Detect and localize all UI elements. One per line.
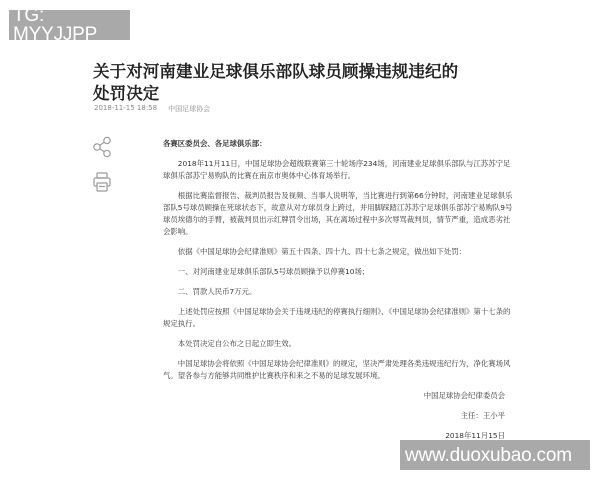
paragraph: 二、罚款人民币7万元。 — [163, 286, 515, 298]
paragraph: 本处罚决定自公布之日起立即生效。 — [163, 338, 515, 350]
paragraph: 依据《中国足球协会纪律准则》第五十四条、四十九、四十七条之规定，做出如下处罚： — [163, 246, 515, 258]
paragraph: 2018年11月11日，中国足球协会超级联赛第三十轮场序234场，河南建业足球俱… — [163, 158, 515, 182]
watermark-bottom-text: www.duoxubao.com — [405, 446, 572, 465]
watermark-bottom: www.duoxubao.com — [400, 440, 590, 470]
paragraph: 上述处罚应按照《中国足球协会关于违规违纪的停赛执行细则》、《中国足球协会纪律准则… — [163, 306, 515, 330]
article-title: 关于对河南建业足球俱乐部队球员顾操违规违纪的处罚决定 — [93, 61, 463, 105]
signature-organization: 中国足球协会纪律委员会 — [163, 390, 515, 402]
paragraph: 一、对河南建业足球俱乐部队5号球员顾操予以停赛10场； — [163, 266, 515, 278]
print-icon[interactable] — [92, 171, 112, 193]
paragraph: 中国足球协会将依照《中国足球协会纪律准则》的规定，坚决严肃处理各类违规违纪行为，… — [163, 358, 515, 382]
article-meta: 2018-11-15 18:58 中国足球协会 — [94, 104, 210, 114]
share-icon[interactable] — [92, 136, 112, 158]
publish-datetime: 2018-11-15 18:58 — [94, 104, 157, 114]
salutation: 各赛区委员会、各足球俱乐部： — [163, 138, 515, 150]
article-body: 各赛区委员会、各足球俱乐部： 2018年11月11日，中国足球协会超级联赛第三十… — [163, 138, 515, 450]
article-source: 中国足球协会 — [168, 104, 210, 114]
paragraph: 根据比赛监督报告、裁判员报告及视频、当事人说明等，当比赛进行到第66分钟时，河南… — [163, 190, 515, 238]
watermark-top: TG: MYYJJPP — [9, 10, 130, 40]
watermark-top-text: TG: MYYJJPP — [13, 6, 130, 44]
signature-director: 主任：王小平 — [163, 410, 515, 422]
side-tools — [92, 136, 114, 206]
